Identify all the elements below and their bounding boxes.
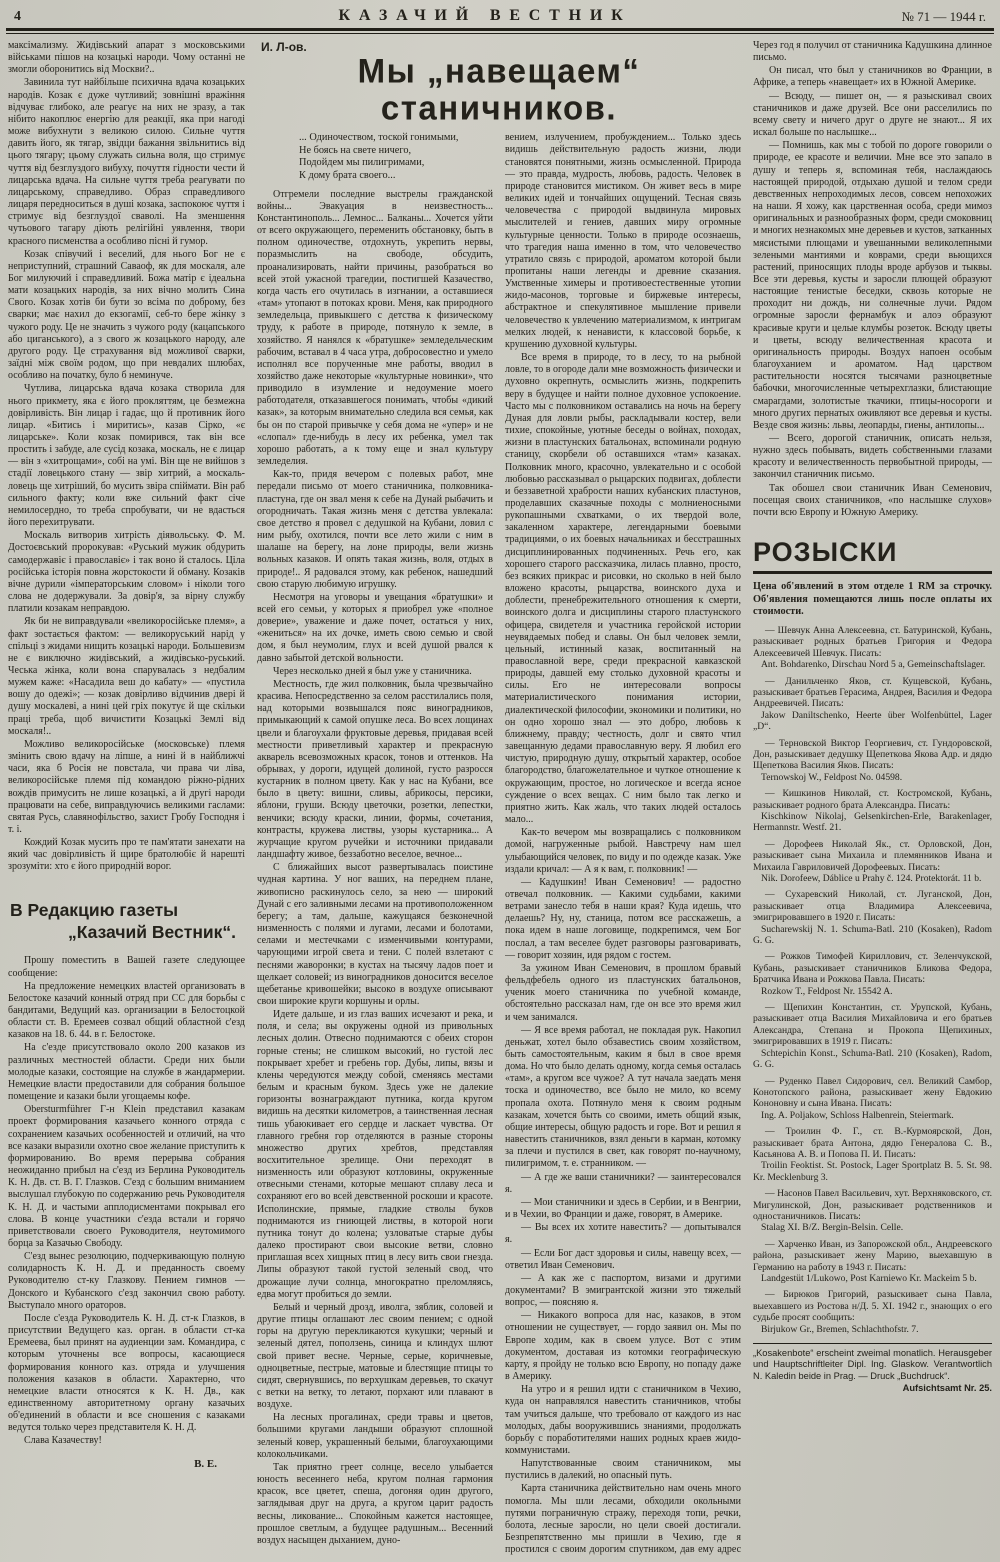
paragraph: С ближайших высот развертывалась поистин… bbox=[257, 862, 493, 1008]
rozyski-entry-text: — Руденко Павел Сидорович, сел. Великий … bbox=[753, 1076, 992, 1110]
rozyski-entry: — Троилин Ф. Г., ст. В.-Курмоярской, Дон… bbox=[753, 1126, 992, 1183]
paragraph: вением, излучением, пробуждением... Толь… bbox=[505, 132, 741, 351]
paragraph: Через несколько дней я был уже у станичн… bbox=[257, 666, 493, 678]
rozyski-entry-address: Troilin Feoktist. St. Postock, Lager Spo… bbox=[753, 1160, 992, 1183]
rozyski-entry: — Рожков Тимофей Кириллович, ст. Зеленчу… bbox=[753, 951, 992, 997]
letter-section-heading: В Редакцию газеты „Казачий Вестник“. bbox=[10, 900, 245, 944]
rozyski-entry: — Дорофеев Николай Як., ст. Орловской, Д… bbox=[753, 839, 992, 885]
page-number: 4 bbox=[14, 9, 104, 25]
rozyski-intro: Цена об'явлений в этом отделе 1 RM за ст… bbox=[753, 581, 992, 619]
rozyski-entry-address: Landgestüt 1/Lukowo, Post Karniewo Kr. M… bbox=[753, 1273, 992, 1284]
paragraph: — Вы всех их хотите навестить? — допытыв… bbox=[505, 1222, 741, 1246]
issue-number: № 71 — 1944 г. bbox=[866, 9, 986, 25]
newspaper-title: КАЗАЧИЙ ВЕСТНИК bbox=[104, 7, 866, 25]
column-3: вением, излучением, пробуждением... Толь… bbox=[505, 132, 741, 1556]
rozyski-entry-text: — Бирюков Григорий, разыскивает сына Пав… bbox=[753, 1289, 992, 1323]
paragraph: — Всюду, — пишет он, — я разыскивал свои… bbox=[753, 91, 992, 140]
rozyski-entry-text: — Данильченко Яков, ст. Кущевской, Кубан… bbox=[753, 676, 992, 710]
rozyski-entry: — Данильченко Яков, ст. Кущевской, Кубан… bbox=[753, 676, 992, 733]
paragraph: Так приятно греет солнце, весело улыбает… bbox=[257, 1462, 493, 1547]
rozyski-entry-address: Birjukow Gr., Bremen, Schlachthofstr. 7. bbox=[753, 1324, 992, 1335]
paragraph: Как-то вечером мы возвращались с полковн… bbox=[505, 827, 741, 876]
column-4-text: Через год я получил от станичника Кадушк… bbox=[753, 40, 992, 519]
epigraph-line: К дому брата своего... bbox=[299, 170, 493, 183]
letter-heading-line1: В Редакцию газеты bbox=[10, 900, 178, 920]
paragraph: Прошу поместить в Вашей газете следующее… bbox=[8, 955, 245, 979]
letter-section-text: Прошу поместить в Вашей газете следующее… bbox=[8, 955, 245, 1447]
paragraph: За ужином Иван Семенович, в прошлом брав… bbox=[505, 963, 741, 1024]
paragraph: Obersturmführer Г-н Klein представил каз… bbox=[8, 1104, 245, 1250]
rozyski-entry-text: — Сухаревский Николай, ст. Луганской, До… bbox=[753, 889, 992, 923]
rozyski-entry: — Насонов Павел Васильевич, хут. Верхняк… bbox=[753, 1188, 992, 1234]
column-2-text: Отгремели последние выстрелы гражданской… bbox=[257, 189, 493, 1547]
article-epigraph: ... Одиночеством, тоской гонимыми,Не боя… bbox=[299, 132, 493, 182]
paragraph: Через год я получил от станичника Кадушк… bbox=[753, 40, 992, 64]
paragraph: — А где же ваши станичники? — заинтересо… bbox=[505, 1172, 741, 1196]
epigraph-line: Подойдем мы пилигримами, bbox=[299, 157, 493, 170]
paragraph: — Помнишь, как мы с тобой по дороге гово… bbox=[753, 140, 992, 432]
column-2: ... Одиночеством, тоской гонимыми,Не боя… bbox=[257, 132, 493, 1556]
paragraph: На лесных прогалинах, среди травы и цвет… bbox=[257, 1412, 493, 1461]
column-1-text: максімализму. Жидівський апарат з москов… bbox=[8, 40, 245, 874]
paragraph: Слава Казачеству! bbox=[8, 1435, 245, 1447]
paragraph: Местность, где жил полковник, была чрезв… bbox=[257, 679, 493, 861]
column-3-text: вением, излучением, пробуждением... Толь… bbox=[505, 132, 741, 1556]
paragraph: На с'езде присутствовало около 200 казак… bbox=[8, 1042, 245, 1103]
epigraph-line: ... Одиночеством, тоской гонимыми, bbox=[299, 132, 493, 145]
rozyski-entry-text: — Троилин Ф. Г., ст. В.-Курмоярской, Дон… bbox=[753, 1126, 992, 1160]
rozyski-entry-address: Sucharewskij N. 1. Schuma-Batl. 210 (Kos… bbox=[753, 924, 992, 947]
rozyski-heading: РОЗЫСКИ bbox=[753, 527, 992, 574]
imprint-box: „Kosakenbote“ erscheint zweimal monatlic… bbox=[753, 1343, 992, 1395]
rozyski-entry-text: — Кишкинов Николай, ст. Костромской, Куб… bbox=[753, 788, 992, 811]
rozyski-entry-text: — Харченко Иван, из Запорожской обл., Ан… bbox=[753, 1239, 992, 1273]
paragraph: Он писал, что был у станичников во Франц… bbox=[753, 65, 992, 89]
page-columns: максімализму. Жидівський апарат з москов… bbox=[0, 34, 1000, 1556]
paragraph: — А как же с паспортом, визами и другими… bbox=[505, 1273, 741, 1309]
paragraph: Белый и черный дрозд, иволга, зяблик, со… bbox=[257, 1302, 493, 1411]
article-two-columns: ... Одиночеством, тоской гонимыми,Не боя… bbox=[257, 132, 741, 1556]
rozyski-entry: — Щепихин Константин, ст. Урупской, Куба… bbox=[753, 1002, 992, 1070]
rozyski-entry-address: Stalag XI. B/Z. Bergin-Belsin. Celle. bbox=[753, 1222, 992, 1233]
rozyski-entry: — Харченко Иван, из Запорожской обл., Ан… bbox=[753, 1239, 992, 1285]
paragraph: Кождий Козак мусить про те пам'ятати зан… bbox=[8, 837, 245, 873]
paragraph: На утро и я решил идти с станичником в Ч… bbox=[505, 1384, 741, 1457]
paragraph: Завинила тут найбільше психична вдача ко… bbox=[8, 77, 245, 247]
rozyski-entry-address: Ternowskoj W., Feldpost No. 04598. bbox=[753, 772, 992, 783]
rozyski-entry: — Сухаревский Николай, ст. Луганской, До… bbox=[753, 889, 992, 946]
paragraph: — Мои станичники и здесь в Сербии, и в В… bbox=[505, 1197, 741, 1221]
paragraph: — Если Бог даст здоровья и силы, навещу … bbox=[505, 1248, 741, 1272]
imprint-line: „Kosakenbote“ erscheint zweimal monatlic… bbox=[753, 1348, 992, 1382]
paragraph: — Никакого вопроса для нас, казаков, в э… bbox=[505, 1310, 741, 1383]
rozyski-entry: — Терновской Виктор Георгиевич, ст. Гунд… bbox=[753, 738, 992, 784]
article-middle: И. Л-ов. Мы „навещаем“ станичников. ... … bbox=[257, 40, 741, 1556]
rozyski-entry-text: — Рожков Тимофей Кириллович, ст. Зеленчу… bbox=[753, 951, 992, 985]
masthead: 4 КАЗАЧИЙ ВЕСТНИК № 71 — 1944 г. bbox=[0, 0, 1000, 27]
rozyski-entry-address: Nik. Dorofeew, Dáblice u Prahy č. 124. P… bbox=[753, 873, 992, 884]
masthead-rule-thick bbox=[6, 28, 994, 31]
rozyski-ads: — Шевчук Анна Алексеевна, ст. Батуринско… bbox=[753, 625, 992, 1335]
rozyski-entry-text: — Дорофеев Николай Як., ст. Орловской, Д… bbox=[753, 839, 992, 873]
paragraph: С'езд вынес резолюцию, подчеркивающую по… bbox=[8, 1251, 245, 1312]
paragraph: Карта станичника действительно нам очень… bbox=[505, 1483, 741, 1556]
paragraph: Все время в природе, то в лесу, то на ры… bbox=[505, 352, 741, 826]
paragraph: Несмотря на уговоры и увещания «братушки… bbox=[257, 592, 493, 665]
letter-signature: В. Е. bbox=[8, 1458, 245, 1470]
paragraph: Идете дальше, и из глаз ваших исчезают и… bbox=[257, 1009, 493, 1301]
rozyski-entry-address: Ant. Bohdarenko, Dirschau Nord 5 a, Geme… bbox=[753, 659, 992, 670]
paragraph: После с'езда Руководитель К. Н. Д. ст-к … bbox=[8, 1313, 245, 1435]
paragraph: Можливо великоросійське (московське) пле… bbox=[8, 739, 245, 836]
rozyski-entry: — Шевчук Анна Алексеевна, ст. Батуринско… bbox=[753, 625, 992, 671]
paragraph: Напутствованные своим станичником, мы пу… bbox=[505, 1458, 741, 1482]
rozyski-entry-address: Rozkow T., Feldpost Nr. 15542 A. bbox=[753, 986, 992, 997]
paragraph: — Я все время работал, не покладая рук. … bbox=[505, 1025, 741, 1171]
imprint-line: Aufsichtsamt Nr. 25. bbox=[753, 1383, 992, 1394]
rozyski-entry-address: Kischkinow Nikolaj, Gelsenkirchen-Erle, … bbox=[753, 811, 992, 834]
paragraph: Так обошел свои станичник Иван Семенович… bbox=[753, 483, 992, 519]
newspaper-page: 4 КАЗАЧИЙ ВЕСТНИК № 71 — 1944 г. максіма… bbox=[0, 0, 1000, 1562]
rozyski-entry: — Бирюков Григорий, разыскивает сына Пав… bbox=[753, 1289, 992, 1335]
epigraph-line: Не боясь на свете ничего, bbox=[299, 145, 493, 158]
paragraph: На предложение немецких властей организо… bbox=[8, 981, 245, 1042]
rozyski-entry-text: — Шевчук Анна Алексеевна, ст. Батуринско… bbox=[753, 625, 992, 659]
paragraph: Як би не виправдували «великоросійське п… bbox=[8, 616, 245, 738]
rozyski-entry-address: Schtepichin Konst., Schuma-Batl. 210 (Ko… bbox=[753, 1048, 992, 1071]
column-4: Через год я получил от станичника Кадушк… bbox=[753, 40, 992, 1556]
paragraph: максімализму. Жидівський апарат з москов… bbox=[8, 40, 245, 76]
column-1: максімализму. Жидівський апарат з москов… bbox=[8, 40, 245, 1556]
paragraph: Москаль витворив хитрість діявольську. Ф… bbox=[8, 530, 245, 615]
rozyski-entry: — Кишкинов Николай, ст. Костромской, Куб… bbox=[753, 788, 992, 834]
rozyski-entry-text: — Щепихин Константин, ст. Урупской, Куба… bbox=[753, 1002, 992, 1048]
rozyski-entry-address: Jakow Daniltschenko, Heerte über Wolfenb… bbox=[753, 710, 992, 733]
paragraph: Чутлива, лицарська вдача козака створила… bbox=[8, 383, 245, 529]
paragraph: Отгремели последние выстрелы гражданской… bbox=[257, 189, 493, 469]
rozyski-entry: — Руденко Павел Сидорович, сел. Великий … bbox=[753, 1076, 992, 1122]
rozyski-entry-text: — Терновской Виктор Георгиевич, ст. Гунд… bbox=[753, 738, 992, 772]
letter-heading-line2: „Казачий Вестник“. bbox=[10, 922, 245, 944]
rozyski-entry-address: Ing. A. Poljakow, Schloss Halbenrein, St… bbox=[753, 1110, 992, 1121]
paragraph: — Кадушкин! Иван Семенович! — радостно о… bbox=[505, 877, 741, 962]
rozyski-entry-text: — Насонов Павел Васильевич, хут. Верхняк… bbox=[753, 1188, 992, 1222]
article-title: Мы „навещаем“ станичников. bbox=[257, 53, 741, 126]
paragraph: — Всего, дорогой станичник, описать нель… bbox=[753, 433, 992, 482]
paragraph: Козак співучий і веселий, для нього Бог … bbox=[8, 249, 245, 383]
paragraph: Как-то, придя вечером с полевых работ, м… bbox=[257, 469, 493, 591]
